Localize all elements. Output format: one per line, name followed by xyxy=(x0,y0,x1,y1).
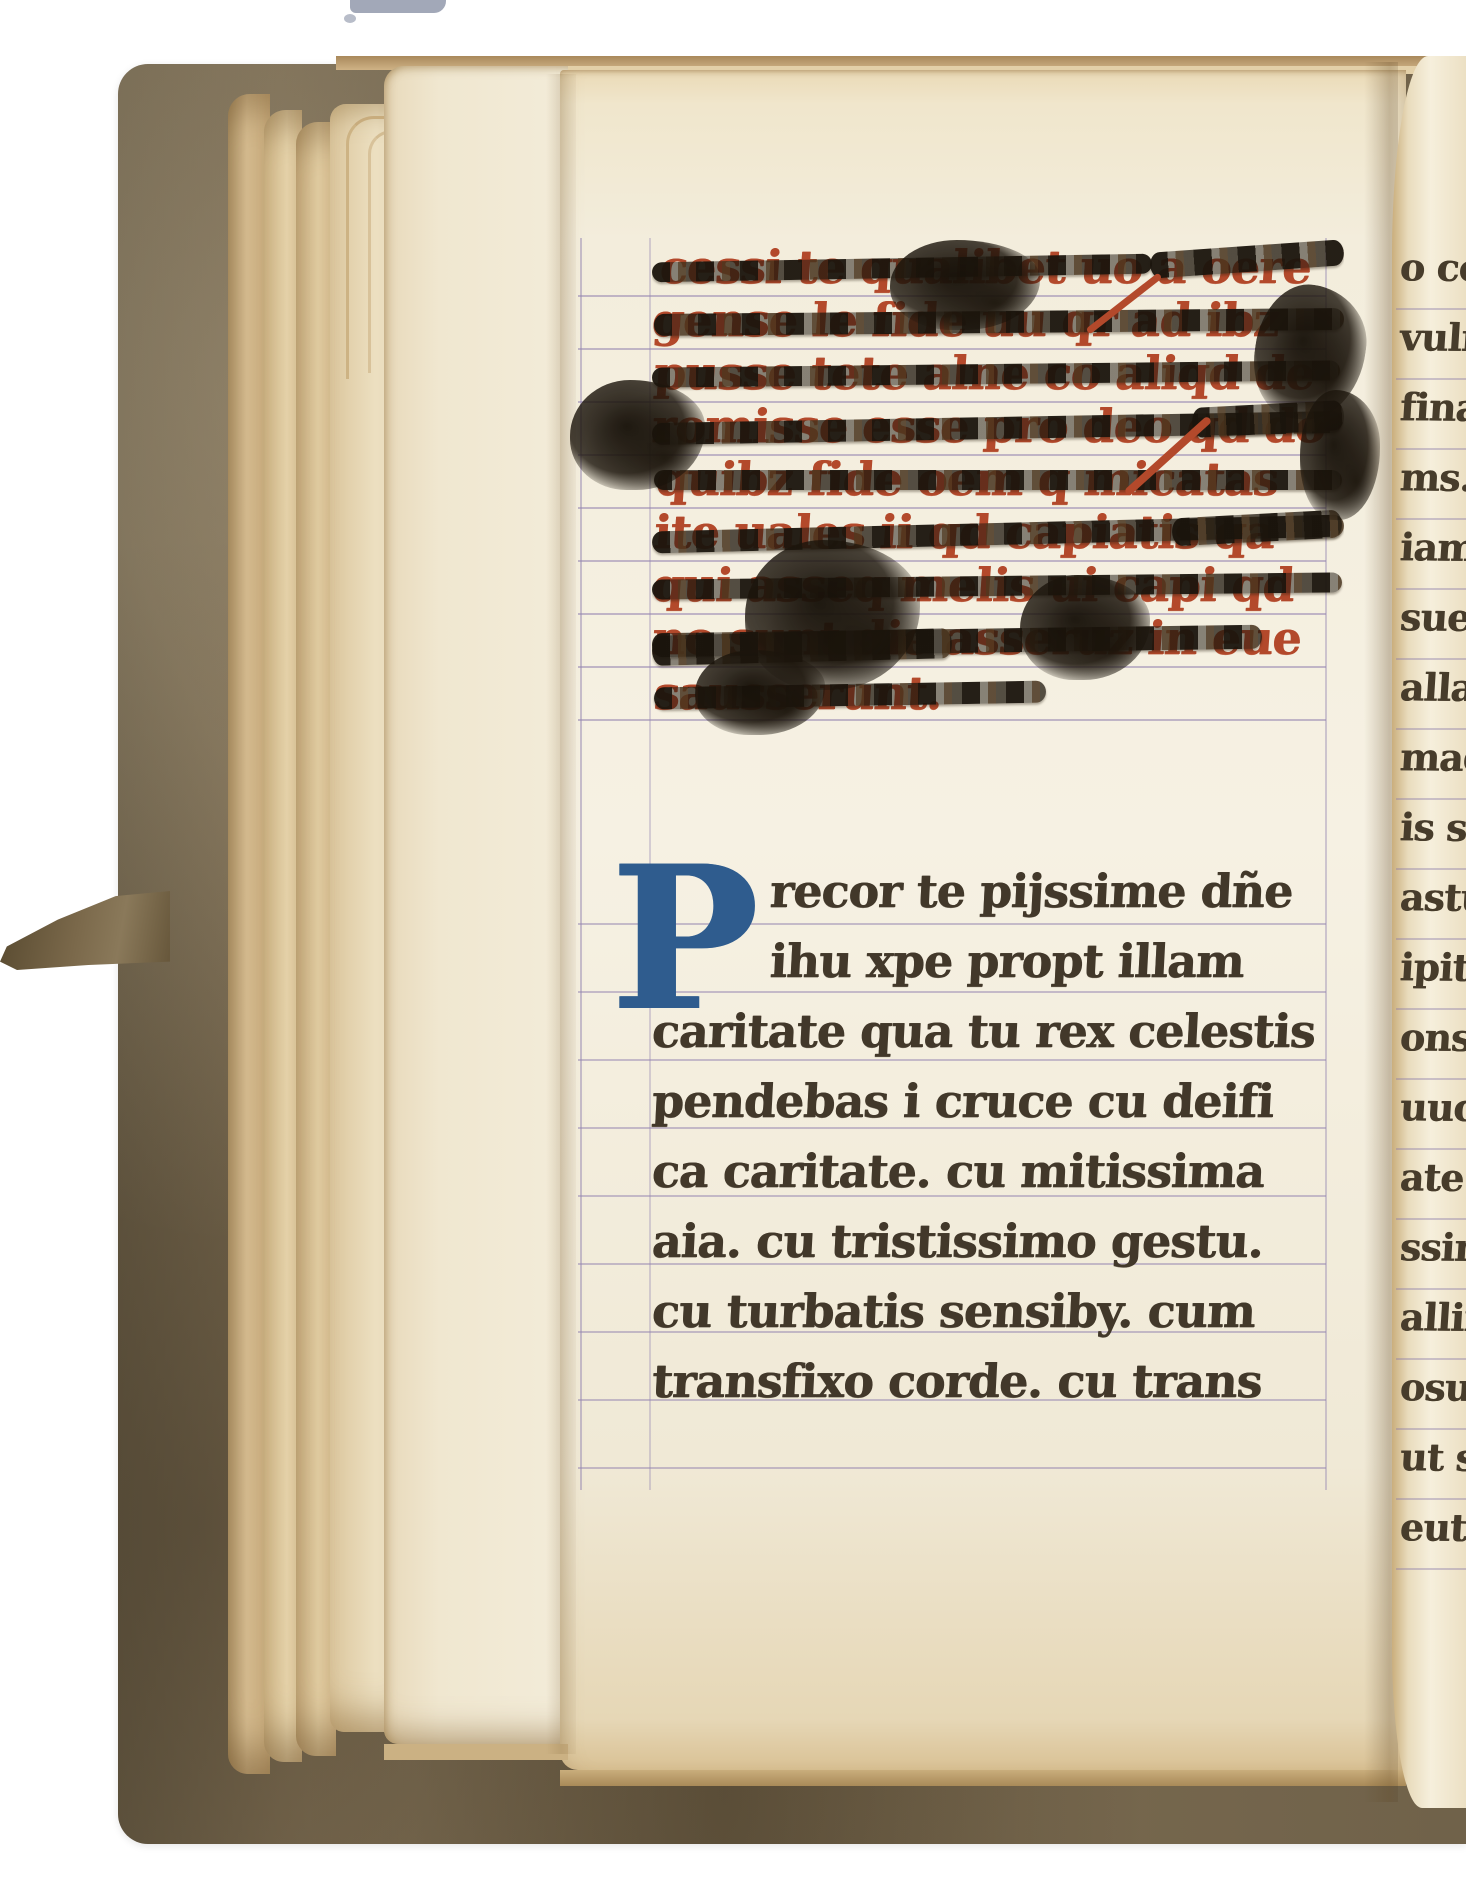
bottom-edge-band xyxy=(560,1770,1406,1786)
bottom-edge-band xyxy=(384,1744,568,1760)
facing-page-edge: o corp vulncu finamb ms. ai iam ca sue. … xyxy=(1392,56,1466,1808)
facing-text-fragment: ate te xyxy=(1399,1157,1466,1198)
facing-text-fragment: finamb xyxy=(1399,387,1466,428)
facing-text-fragment: ssime o xyxy=(1399,1227,1466,1269)
prayer-line: transfixo corde. cu trans xyxy=(651,1356,1263,1406)
prayer-line: pendebas i cruce cu deifi xyxy=(651,1076,1275,1126)
facing-text-fragment: o corp xyxy=(1399,247,1466,288)
facing-text-fragment: iam ca xyxy=(1399,527,1466,568)
facing-text-fragment: ms. ai xyxy=(1399,457,1466,498)
facing-text-fragment: alline o xyxy=(1399,1297,1466,1339)
illuminated-initial: P xyxy=(610,854,759,1024)
facing-text-fragment: allae i xyxy=(1399,667,1466,708)
prayer-line: aia. cu tristissimo gestu. xyxy=(651,1216,1264,1266)
facing-text-fragment: eut lis xyxy=(1399,1507,1466,1548)
prayer-line: caritate qua tu rex celestis xyxy=(651,1006,1316,1056)
facing-text-fragment: ons et xyxy=(1399,1017,1466,1058)
facing-text-fragment: is sacu xyxy=(1399,807,1466,848)
left-blank-page xyxy=(384,66,568,1744)
facing-text-fragment: astu fel xyxy=(1399,877,1466,919)
prayer-line: recor te pijssime dñe xyxy=(769,866,1294,916)
prayer-line: ca caritate. cu mitissima xyxy=(651,1146,1266,1196)
prayer-line: ihu xpe propt illam xyxy=(769,936,1245,986)
facing-text-fragment: ut sis u xyxy=(1399,1437,1466,1479)
prayer-block: P recor te pijssime dñe ihu xpe propt il… xyxy=(608,850,1344,1450)
clasp-remnant-artifact xyxy=(344,14,356,23)
ink-strike-bar xyxy=(654,470,1342,490)
facing-text-fragment: madv u xyxy=(1399,737,1466,779)
facing-text-fragment: vulncu xyxy=(1399,317,1466,358)
clasp-strap xyxy=(0,886,170,970)
facing-text-fragment: ipite. o xyxy=(1399,947,1466,988)
prayer-line: cu turbatis sensiby. cum xyxy=(651,1286,1256,1336)
facing-text-fragment: sue. ai xyxy=(1399,597,1466,638)
facing-text-fragment: osu cor xyxy=(1399,1367,1466,1409)
clasp-remnant-artifact xyxy=(350,0,446,13)
gutter-shade xyxy=(546,74,576,1754)
facing-text-fragment: uucris xyxy=(1399,1087,1466,1128)
